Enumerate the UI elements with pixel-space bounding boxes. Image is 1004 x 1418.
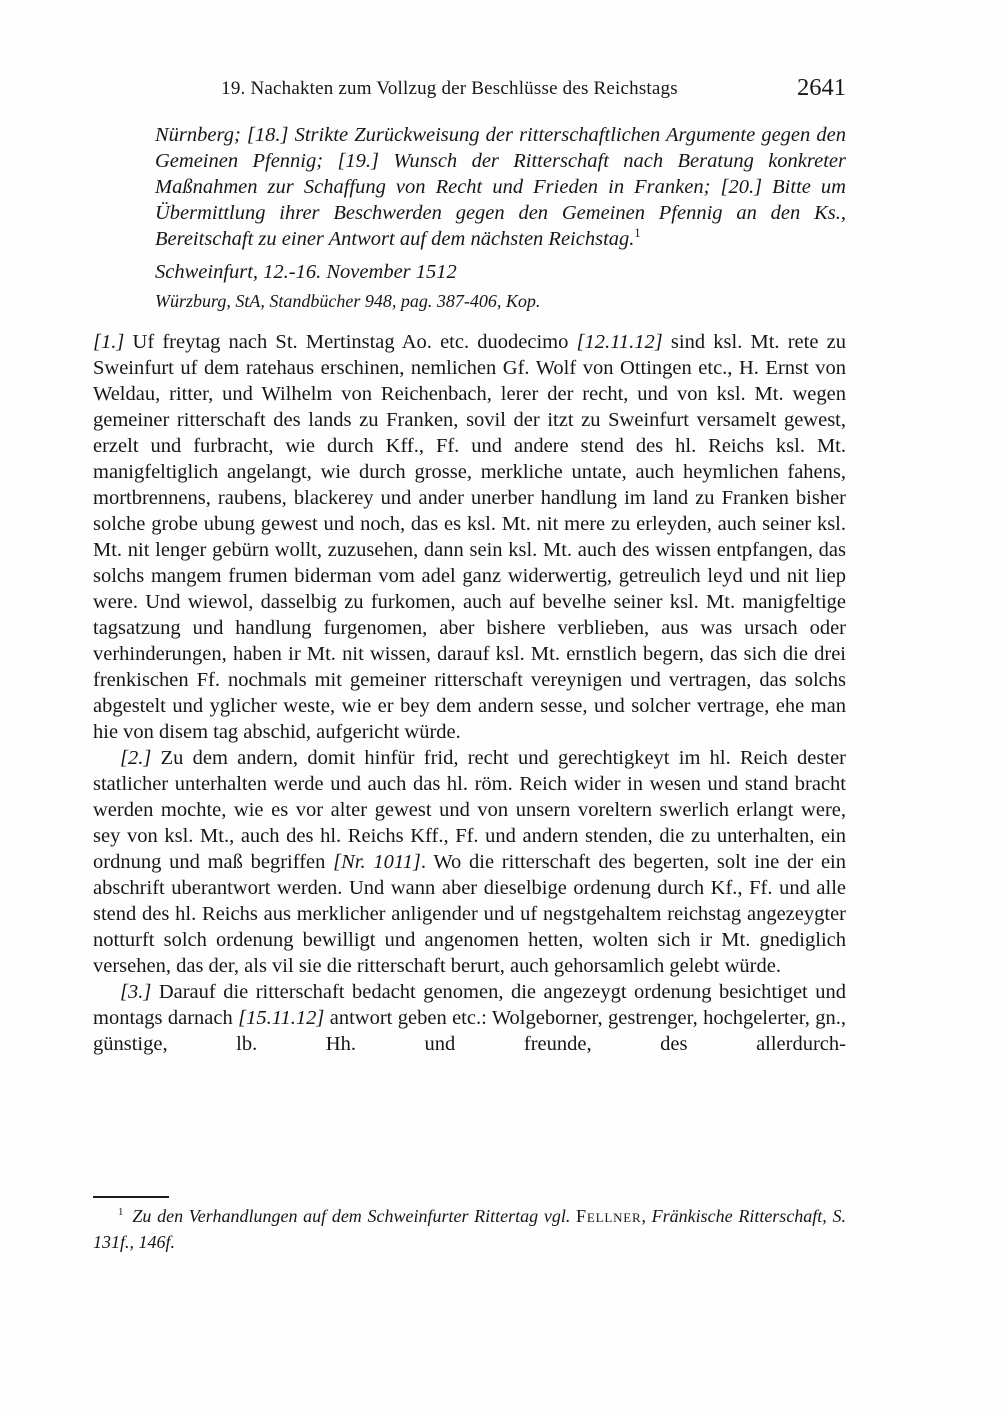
body-text: [1.] Uf freytag nach St. Mertinstag Ao. …	[93, 329, 846, 1057]
text-segment: ,	[641, 1206, 651, 1226]
source-line: Würzburg, StA, Standbücher 948, pag. 387…	[155, 291, 846, 312]
text-segment: [15.11.12]	[238, 1007, 324, 1029]
text-segment: [2.]	[120, 747, 161, 769]
footnote-ref: 1	[118, 1206, 123, 1218]
summary-text: Nürnberg; [18.] Strikte Zurückweisung de…	[155, 122, 846, 252]
text-segment: [3.]	[120, 981, 159, 1003]
text-segment: [12.11.12]	[577, 331, 663, 353]
body-paragraph: [1.] Uf freytag nach St. Mertinstag Ao. …	[93, 329, 846, 745]
body-paragraph: [3.] Darauf die ritterschaft bedacht gen…	[93, 979, 846, 1057]
text-segment: sind ksl. Mt. rete zu Sweinfurt uf dem r…	[93, 331, 846, 743]
text-segment: [1.]	[93, 331, 133, 353]
body-paragraph: [2.] Zu dem andern, domit hinfür frid, r…	[93, 745, 846, 979]
document-page: 19. Nachakten zum Vollzug der Beschlüsse…	[0, 0, 1004, 1418]
footnote-area: 1Zu den Verhandlungen auf dem Schweinfur…	[93, 1196, 846, 1255]
page-header: 19. Nachakten zum Vollzug der Beschlüsse…	[93, 78, 846, 108]
summary-block: Nürnberg; [18.] Strikte Zurückweisung de…	[155, 122, 846, 252]
text-segment: Nürnberg; [18.] Strikte Zurückweisung de…	[155, 124, 846, 250]
page-number: 2641	[797, 74, 846, 102]
footnote-ref: 1	[634, 226, 640, 240]
footnote: 1Zu den Verhandlungen auf dem Schweinfur…	[93, 1203, 846, 1255]
dateline: Schweinfurt, 12.-16. November 1512	[155, 261, 846, 284]
running-title: 19. Nachakten zum Vollzug der Beschlüsse…	[93, 78, 846, 100]
text-segment: Uf freytag nach St. Mertinstag Ao. etc. …	[133, 331, 577, 353]
text-segment: Zu den Verhandlungen auf dem Schweinfurt…	[132, 1206, 576, 1226]
text-segment: [Nr. 1011]	[333, 851, 421, 873]
footnote-rule	[93, 1196, 169, 1198]
text-segment: Fellner	[576, 1206, 641, 1226]
